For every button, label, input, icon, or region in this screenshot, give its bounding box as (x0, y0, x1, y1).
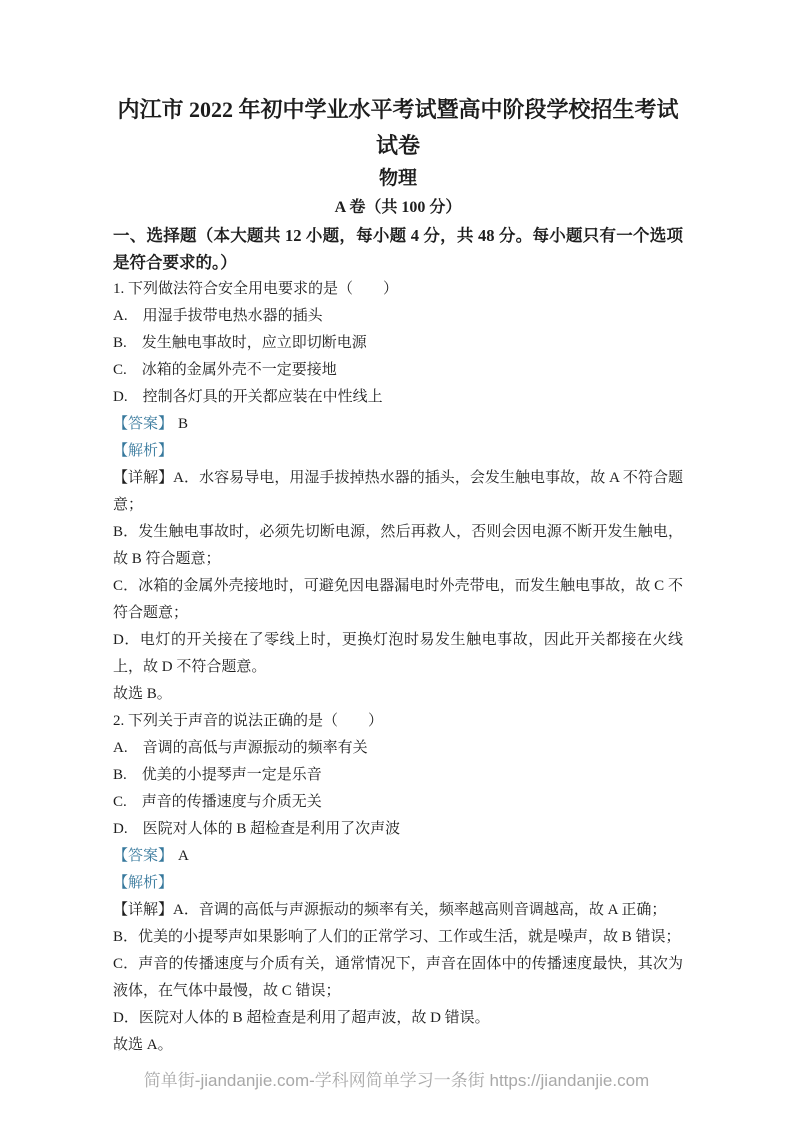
question-1-stem: 1. 下列做法符合安全用电要求的是（ ） (113, 276, 683, 303)
question-2: 2. 下列关于声音的说法正确的是（ ） A. 音调的高低与声源振动的频率有关 B… (113, 708, 683, 1059)
section-heading: 一、选择题（本大题共 12 小题，每小题 4 分，共 48 分。每小题只有一个选… (113, 222, 683, 276)
question-1-answer-value: B (178, 416, 188, 432)
question-2-option-b: B. 优美的小提琴声一定是乐音 (113, 762, 683, 789)
question-2-detail-b: B．优美的小提琴声如果影响了人们的正常学习、工作或生活，就是噪声，故 B 错误； (113, 924, 683, 951)
question-1-detail-a: 【详解】A．水容易导电，用湿手拔掉热水器的插头，会发生触电事故，故 A 不符合题… (113, 465, 683, 519)
question-2-option-d: D. 医院对人体的 B 超检查是利用了次声波 (113, 816, 683, 843)
exam-volume-heading: A 卷（共 100 分） (113, 194, 683, 222)
question-1-option-c: C. 冰箱的金属外壳不一定要接地 (113, 357, 683, 384)
question-2-option-c: C. 声音的传播速度与介质无关 (113, 789, 683, 816)
question-1: 1. 下列做法符合安全用电要求的是（ ） A. 用湿手拔带电热水器的插头 B. … (113, 276, 683, 708)
analysis-label: 【解析】 (113, 443, 173, 459)
question-2-stem: 2. 下列关于声音的说法正确的是（ ） (113, 708, 683, 735)
answer-label: 【答案】 (113, 416, 173, 432)
question-1-conclusion: 故选 B。 (113, 681, 683, 708)
question-2-detail-c: C．声音的传播速度与介质有关，通常情况下，声音在固体中的传播速度最快，其次为液体… (113, 951, 683, 1005)
answer-label: 【答案】 (113, 848, 173, 864)
exam-subject: 物理 (113, 164, 683, 194)
question-1-detail-b: B．发生触电事故时，必须先切断电源，然后再救人，否则会因电源不断开发生触电，故 … (113, 519, 683, 573)
question-2-analysis-line: 【解析】 (113, 870, 683, 897)
question-1-analysis-line: 【解析】 (113, 438, 683, 465)
exam-title-line2: 试卷 (113, 128, 683, 164)
question-2-option-a: A. 音调的高低与声源振动的频率有关 (113, 735, 683, 762)
watermark-footer: 简单街-jiandanjie.com-学科网简单学习一条街 https://ji… (0, 1066, 793, 1091)
question-2-detail-d: D．医院对人体的 B 超检查是利用了超声波，故 D 错误。 (113, 1005, 683, 1032)
analysis-label: 【解析】 (113, 875, 173, 891)
question-1-detail-c: C．冰箱的金属外壳接地时，可避免因电器漏电时外壳带电，而发生触电事故，故 C 不… (113, 573, 683, 627)
question-2-answer-value: A (178, 848, 189, 864)
question-1-option-a: A. 用湿手拔带电热水器的插头 (113, 303, 683, 330)
exam-title-line1: 内江市 2022 年初中学业水平考试暨高中阶段学校招生考试 (113, 92, 683, 128)
exam-document: 内江市 2022 年初中学业水平考试暨高中阶段学校招生考试 试卷 物理 A 卷（… (113, 92, 683, 1059)
question-2-detail-a: 【详解】A．音调的高低与声源振动的频率有关，频率越高则音调越高，故 A 正确； (113, 897, 683, 924)
question-2-answer-line: 【答案】A (113, 843, 683, 870)
question-1-option-d: D. 控制各灯具的开关都应装在中性线上 (113, 384, 683, 411)
question-1-option-b: B. 发生触电事故时，应立即切断电源 (113, 330, 683, 357)
question-1-answer-line: 【答案】B (113, 411, 683, 438)
question-1-detail-d: D．电灯的开关接在了零线上时，更换灯泡时易发生触电事故，因此开关都接在火线上，故… (113, 627, 683, 681)
question-2-conclusion: 故选 A。 (113, 1032, 683, 1059)
